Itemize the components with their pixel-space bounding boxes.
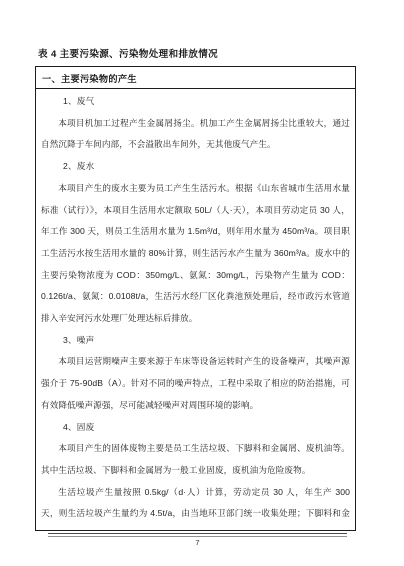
section-heading: 2、废水 (41, 156, 350, 178)
section-paragraph: 本项目产生的固体废物主要是员工生活垃圾、下脚料和金属屑、废机油等。其中生活垃圾、… (41, 438, 350, 481)
table-section-header: 一、主要污染物的产生 (36, 67, 355, 89)
section-paragraph: 本项目产生的废水主要为员工产生生活污水。根据《山东省城市生活用水量标准（试行）》… (41, 178, 350, 330)
page-number: 7 (48, 538, 347, 547)
section-paragraph: 本项目运营期噪声主要来源于车床等设备运转时产生的设备噪声，其噪声源强介于 75-… (41, 351, 350, 416)
section-paragraph: 生活垃圾产生量按照 0.5kg/（d·人）计算，劳动定员 30 人，年生产 30… (41, 482, 350, 531)
section-heading: 1、废气 (41, 91, 350, 113)
pollutant-table: 一、主要污染物的产生 1、废气本项目机加工过程产生金属屑扬尘。机加工产生金属屑扬… (35, 66, 356, 531)
section-heading: 4、固废 (41, 417, 350, 439)
footer-divider (48, 533, 347, 537)
box-body: 1、废气本项目机加工过程产生金属屑扬尘。机加工产生金属屑扬尘比重较大，通过自然沉… (36, 89, 355, 531)
document-title: 表 4 主要污染源、污染物处理和排放情况 (38, 46, 218, 60)
section-paragraph: 本项目机加工过程产生金属屑扬尘。机加工产生金属屑扬尘比重较大，通过自然沉降于车间… (41, 113, 350, 156)
document-page: 表 4 主要污染源、污染物处理和排放情况 一、主要污染物的产生 1、废气本项目机… (0, 0, 404, 566)
section-heading: 3、噪声 (41, 330, 350, 352)
